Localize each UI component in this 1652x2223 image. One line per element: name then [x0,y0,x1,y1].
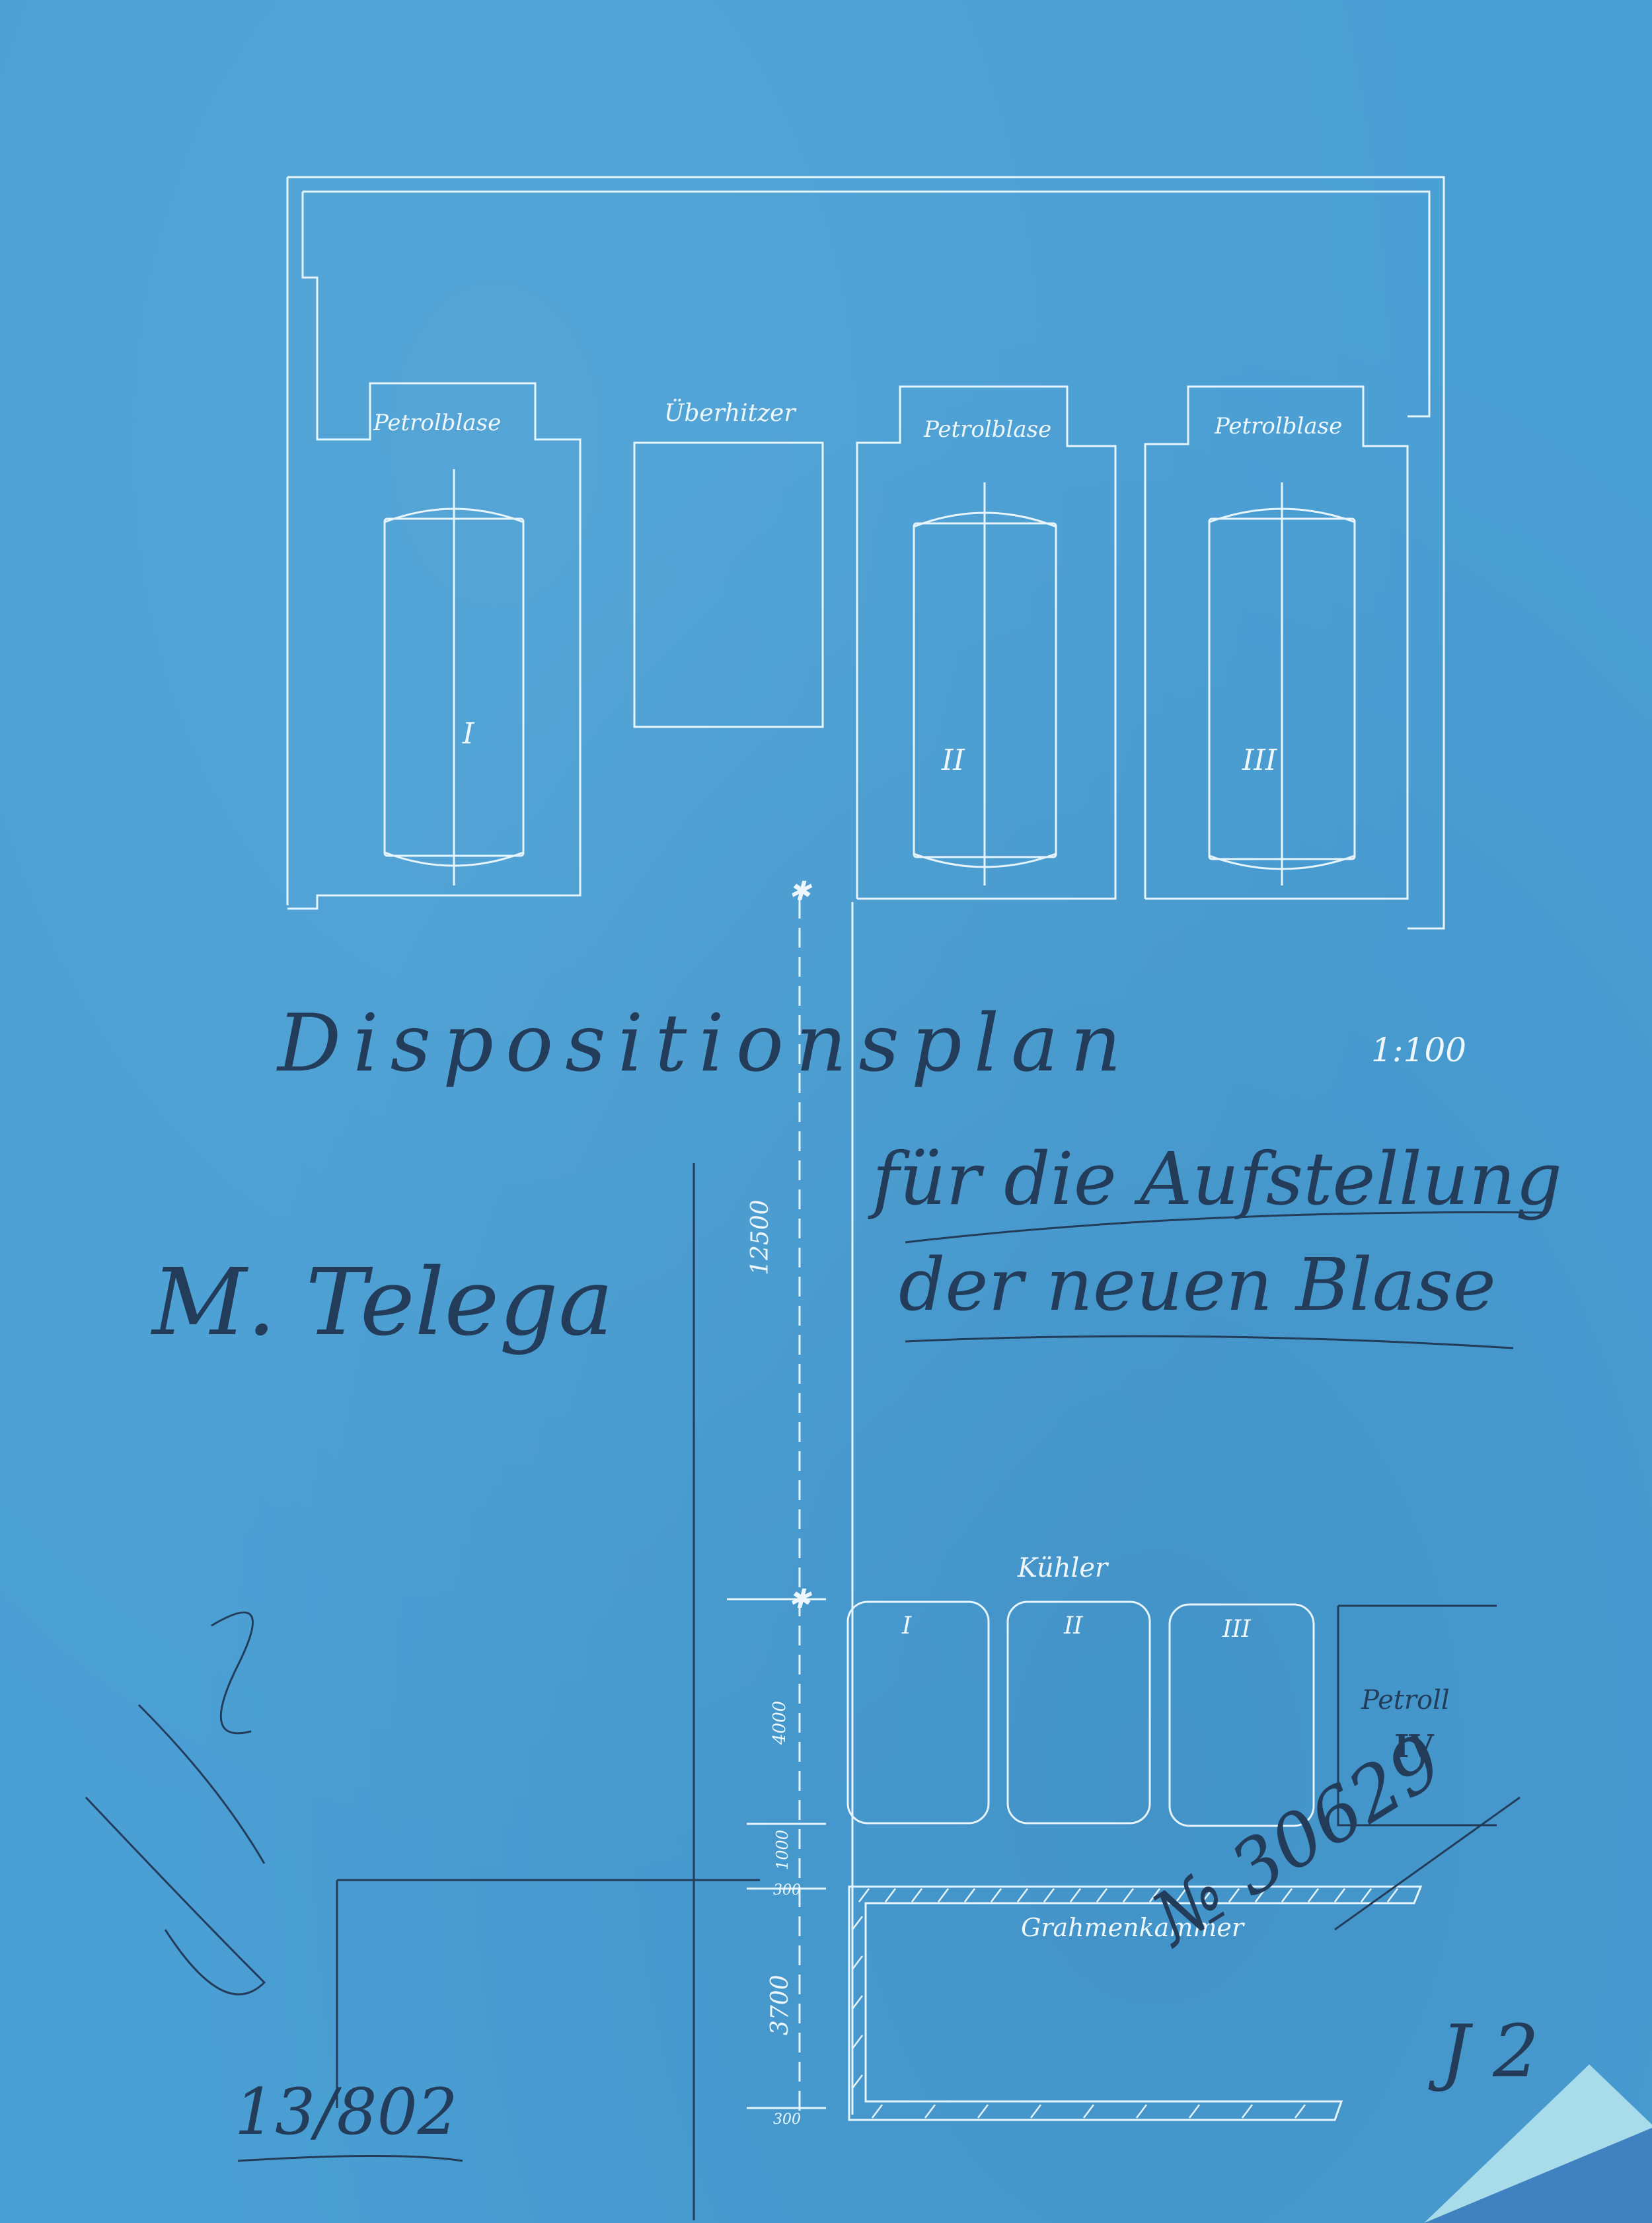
petroll-label: Petroll [1361,1685,1450,1715]
pencil-outline [337,1880,760,2108]
cooler-label: Kühler [1018,1553,1108,1583]
room-petrolblase-1 [385,469,523,885]
underline-ref [238,2156,463,2162]
scale-label: 1:100 [1371,1031,1466,1069]
dimension-chamber: 3700 [767,1975,794,2035]
label-room-2: Überhitzer [664,400,796,427]
dimension-wall-top: 300 [773,1882,801,1899]
upper-building-outline [287,177,1444,928]
svg-text:✱: ✱ [788,876,812,907]
room-ueberhitzer [634,443,823,727]
dimension-wall-bottom: 300 [773,2111,801,2128]
sheet-mark: J 2 [1441,2009,1539,2093]
svg-text:✱: ✱ [788,1584,812,1614]
label-room-3: Petrolblase [924,416,1051,443]
vessel-number-2: II [942,743,965,777]
cooler-number-1: I [902,1612,911,1639]
cooler-number-3: III [1222,1616,1251,1643]
blueprint-drawing: ✱ ✱ [0,0,1652,2223]
vessel-number-1: I [463,717,474,751]
dimension-cooler-depth: 4000 [770,1701,790,1745]
subtitle-line-2: der neuen Blase [899,1242,1496,1327]
reference-number: 13/802 [235,2075,458,2149]
underline-2 [905,1336,1513,1348]
dimension-gap: 1000 [773,1830,792,1870]
room-petrolblase-2 [857,387,1115,899]
vessel-number-3: III [1242,743,1277,777]
location-label: M. Telega [152,1249,613,1357]
subtitle-line-1: für die Aufstellung [872,1137,1562,1221]
signature-scribble [86,1612,264,1994]
label-room-4: Petrolblase [1215,413,1342,439]
dimension-main: 12500 [747,1199,774,1275]
blueprint-sheet: ✱ ✱ [0,0,1652,2223]
room-petrolblase-3 [1145,387,1408,899]
label-room-1: Petrolblase [373,410,501,436]
document-title: Dispositionsplan [278,998,1133,1090]
cooler-number-2: II [1064,1612,1082,1639]
